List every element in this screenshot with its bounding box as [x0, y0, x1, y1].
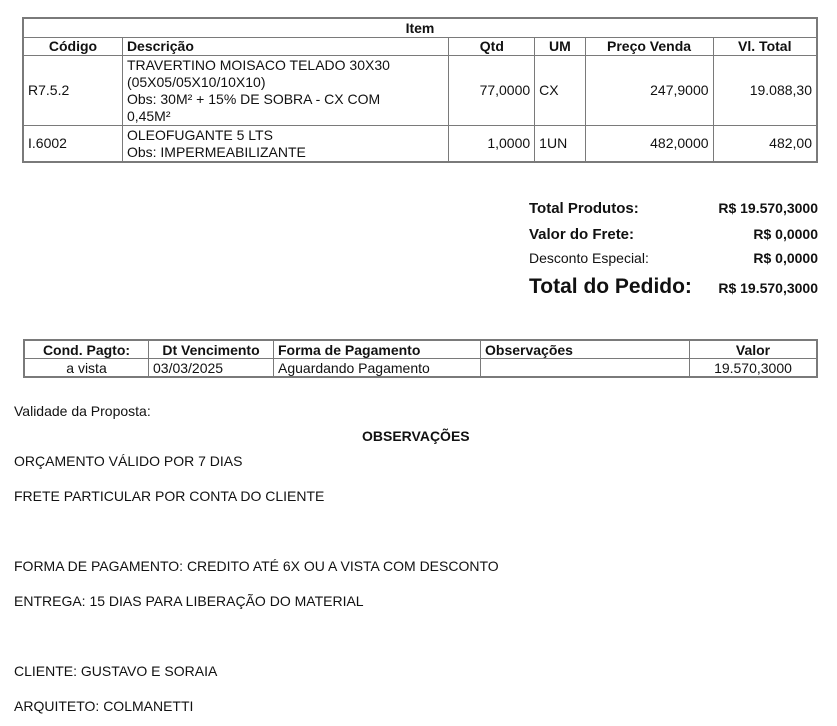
observation-line: FORMA DE PAGAMENTO: CREDITO ATÉ 6X OU A … — [14, 558, 499, 574]
total-pedido-label: Total do Pedido: — [529, 275, 692, 299]
col-forma-pagamento: Forma de Pagamento — [274, 340, 481, 359]
description-line: 0,45M² — [127, 108, 445, 125]
col-dt-vencimento: Dt Vencimento — [149, 340, 274, 359]
desconto-especial-row: Desconto Especial: R$ 0,0000 — [529, 250, 818, 275]
item-total: 482,00 — [713, 126, 817, 163]
payment-table: Cond. Pagto: Dt Vencimento Forma de Paga… — [23, 339, 818, 378]
payment-header-row: Cond. Pagto: Dt Vencimento Forma de Paga… — [24, 340, 817, 359]
col-qtd: Qtd — [449, 38, 535, 56]
col-valor: Valor — [690, 340, 818, 359]
item-description: OLEOFUGANTE 5 LTS Obs: IMPERMEABILIZANTE — [122, 126, 449, 163]
item-qty: 1,0000 — [449, 126, 535, 163]
item-code: I.6002 — [23, 126, 122, 163]
item-total: 19.088,30 — [713, 56, 817, 126]
desconto-especial-label: Desconto Especial: — [529, 250, 649, 266]
col-um: UM — [535, 38, 585, 56]
col-vl-total: Vl. Total — [713, 38, 817, 56]
valor-frete-value: R$ 0,0000 — [753, 226, 818, 242]
item-unit-price: 482,0000 — [585, 126, 713, 163]
table-row: I.6002 OLEOFUGANTE 5 LTS Obs: IMPERMEABI… — [23, 126, 817, 163]
items-table: Item Código Descrição Qtd UM Preço Venda… — [22, 17, 818, 163]
total-pedido-row: Total do Pedido: R$ 19.570,3000 — [529, 275, 818, 299]
description-line: (05X05/05X10/10X10) — [127, 74, 445, 91]
payment-obs — [481, 359, 690, 378]
payment-value: 19.570,3000 — [690, 359, 818, 378]
payment-method: Aguardando Pagamento — [274, 359, 481, 378]
item-um: 1UN — [535, 126, 585, 163]
items-group-header: Item — [23, 18, 817, 38]
item-qty: 77,0000 — [449, 56, 535, 126]
description-line: Obs: IMPERMEABILIZANTE — [127, 144, 445, 161]
table-row: R7.5.2 TRAVERTINO MOISACO TELADO 30X30 (… — [23, 56, 817, 126]
items-header-row: Código Descrição Qtd UM Preço Venda Vl. … — [23, 38, 817, 56]
total-produtos-label: Total Produtos: — [529, 200, 639, 217]
total-produtos-row: Total Produtos: R$ 19.570,3000 — [529, 200, 818, 226]
description-line: Obs: 30M² + 15% DE SOBRA - CX COM — [127, 91, 445, 108]
observations-title: OBSERVAÇÕES — [362, 428, 470, 444]
total-pedido-value: R$ 19.570,3000 — [718, 280, 818, 296]
table-row: a vista 03/03/2025 Aguardando Pagamento … — [24, 359, 817, 378]
col-codigo: Código — [23, 38, 122, 56]
col-preco-venda: Preço Venda — [585, 38, 713, 56]
observation-line: ORÇAMENTO VÁLIDO POR 7 DIAS — [14, 453, 242, 469]
col-cond-pagto: Cond. Pagto: — [24, 340, 149, 359]
col-descricao: Descrição — [122, 38, 449, 56]
item-description: TRAVERTINO MOISACO TELADO 30X30 (05X05/0… — [122, 56, 449, 126]
observation-line: CLIENTE: GUSTAVO E SORAIA — [14, 663, 217, 679]
description-line: OLEOFUGANTE 5 LTS — [127, 127, 445, 144]
valor-frete-label: Valor do Frete: — [529, 226, 634, 243]
item-unit-price: 247,9000 — [585, 56, 713, 126]
totals-block: Total Produtos: R$ 19.570,3000 Valor do … — [529, 200, 818, 299]
total-produtos-value: R$ 19.570,3000 — [718, 200, 818, 216]
payment-cond: a vista — [24, 359, 149, 378]
item-code: R7.5.2 — [23, 56, 122, 126]
item-um: CX — [535, 56, 585, 126]
observation-line: ARQUITETO: COLMANETTI — [14, 698, 193, 714]
desconto-especial-value: R$ 0,0000 — [753, 250, 818, 266]
observation-line: ENTREGA: 15 DIAS PARA LIBERAÇÃO DO MATER… — [14, 593, 364, 609]
description-line: TRAVERTINO MOISACO TELADO 30X30 — [127, 57, 445, 74]
observation-line: FRETE PARTICULAR POR CONTA DO CLIENTE — [14, 488, 324, 504]
validity-label: Validade da Proposta: — [14, 403, 151, 419]
col-observacoes: Observações — [481, 340, 690, 359]
payment-due-date: 03/03/2025 — [149, 359, 274, 378]
valor-frete-row: Valor do Frete: R$ 0,0000 — [529, 226, 818, 250]
